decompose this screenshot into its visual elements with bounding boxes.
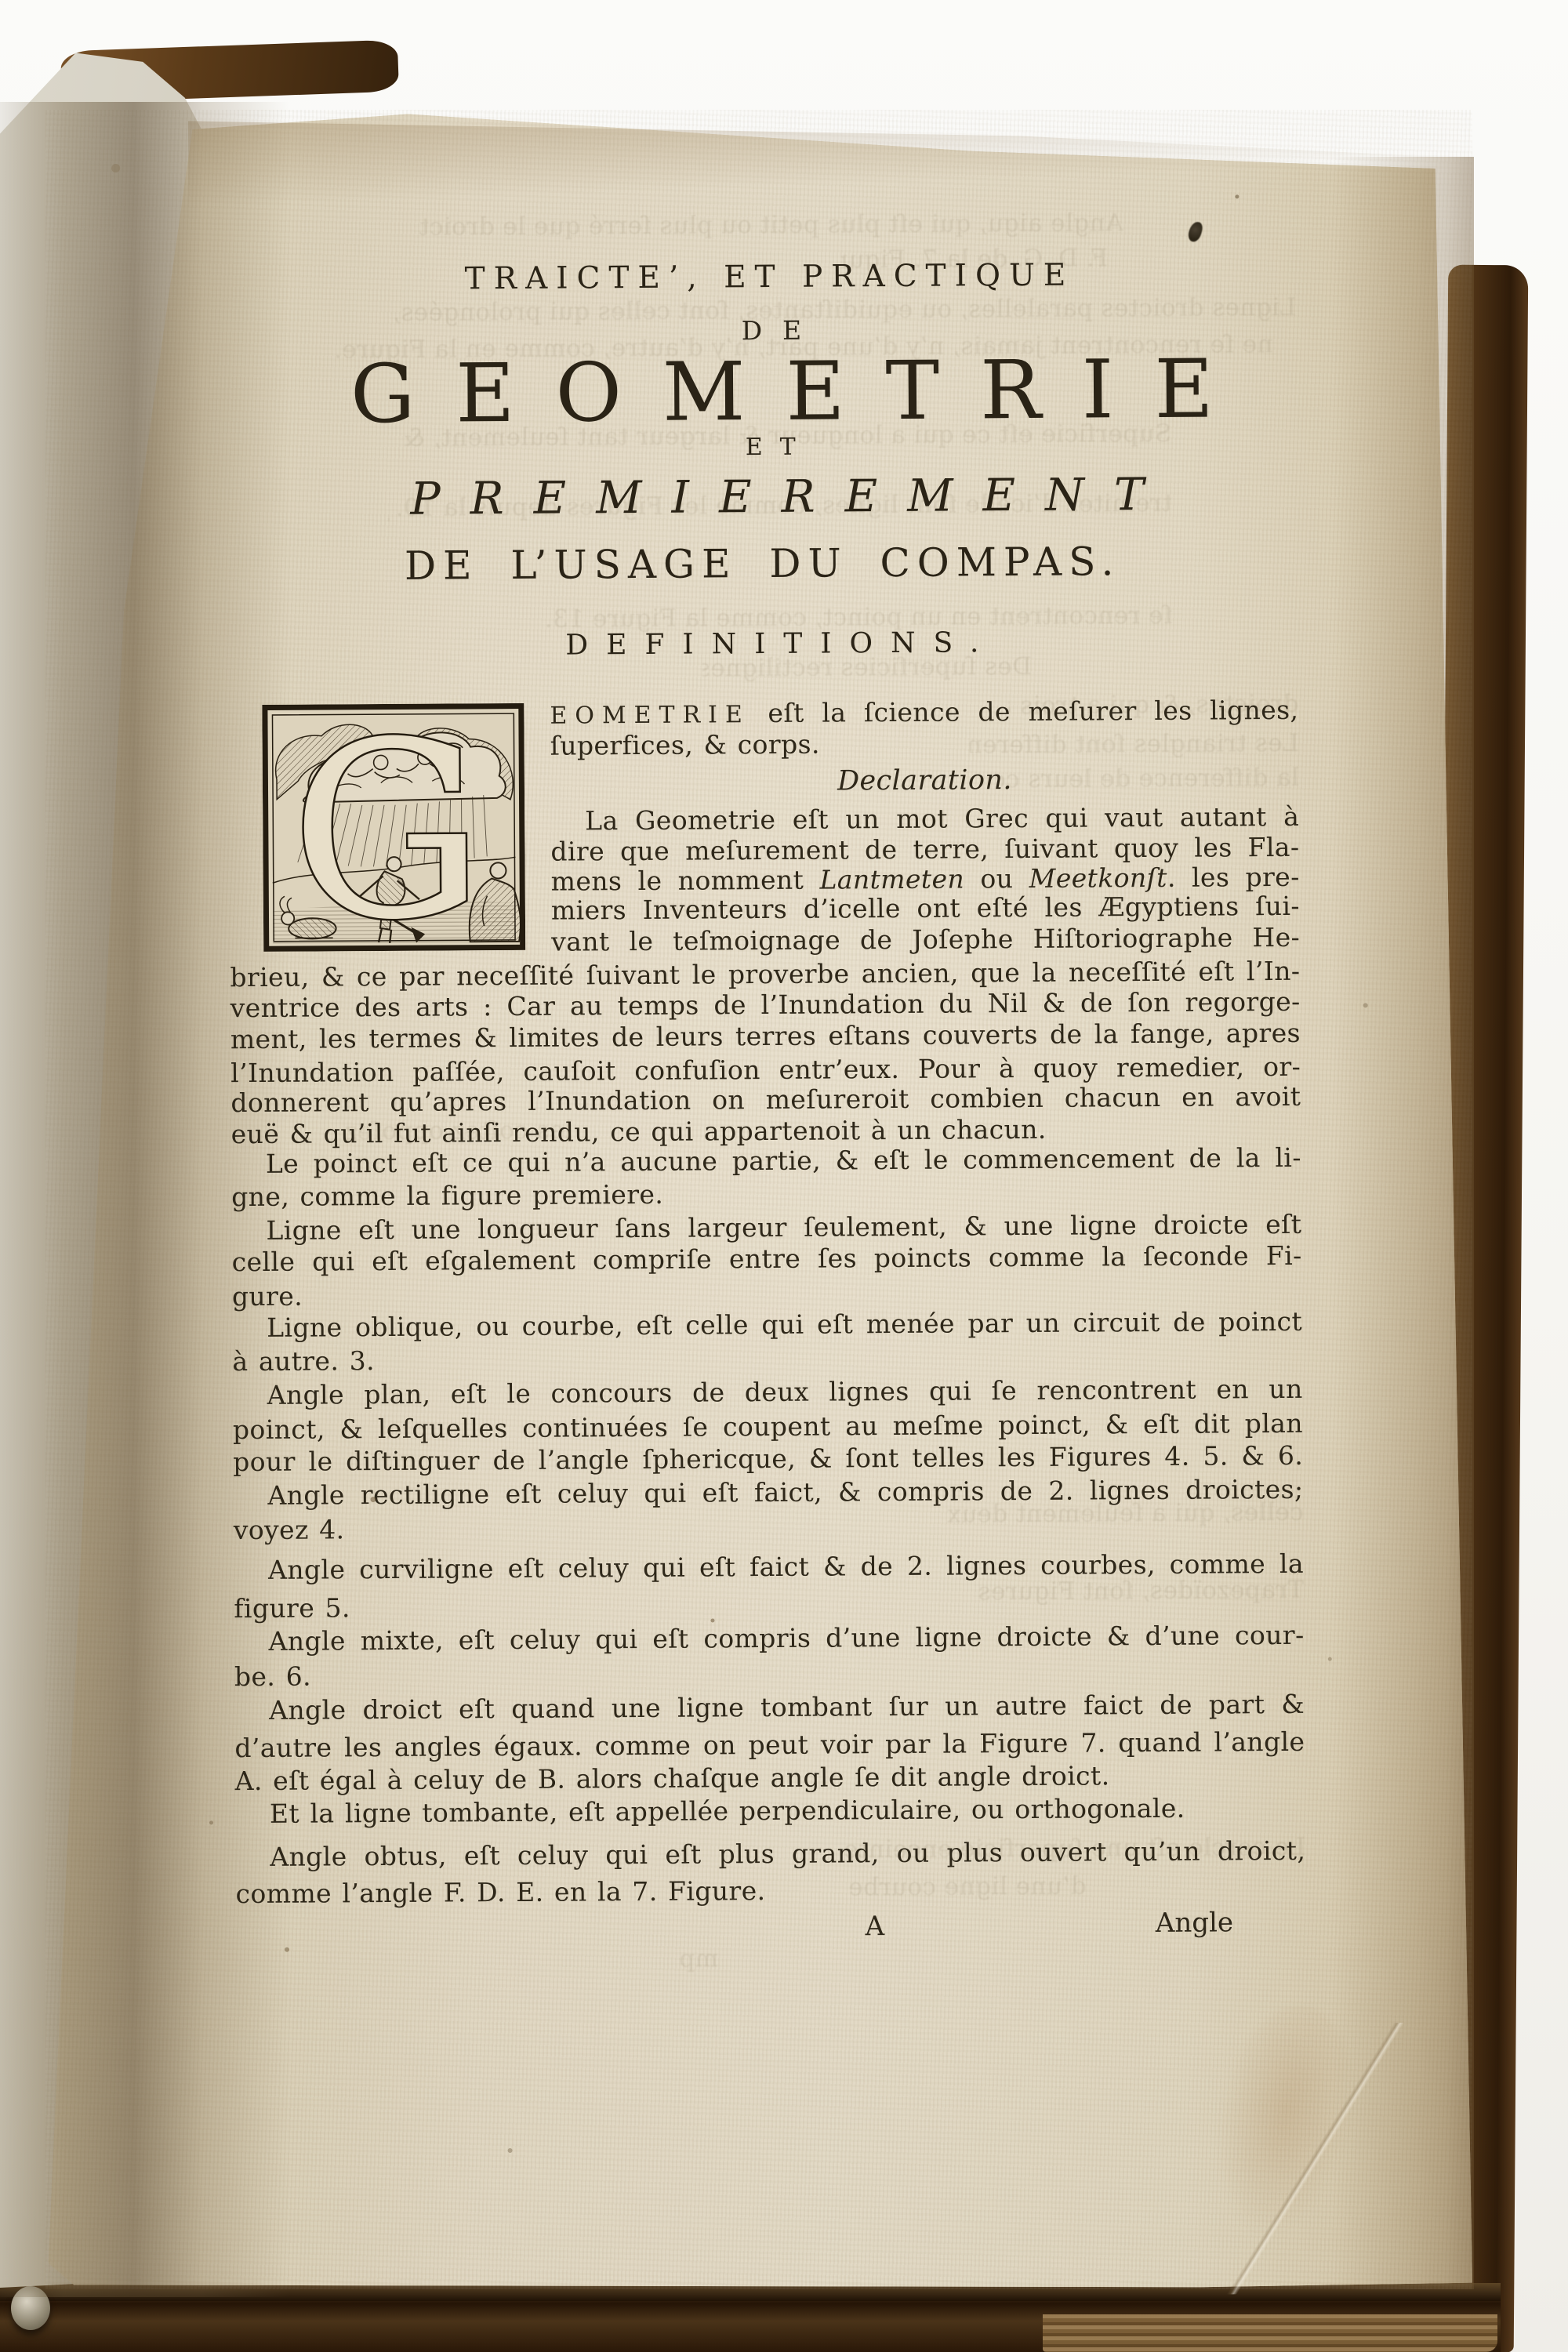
woodcut-initial-G: G <box>262 703 525 952</box>
bleedthrough-layer: Angle aigu, qui eſt plus petit ou plus ſ… <box>0 0 1561 5</box>
title-line-geometrie: GEOMETRIE <box>227 342 1338 443</box>
body-text: EOMETRIE eſt la ſcience de meſurer les l… <box>0 0 1561 5</box>
body-line: ſuperfices, & corps. <box>550 725 1299 764</box>
foxing-speck <box>508 2148 513 2153</box>
title-line-premierement: PREMIEREMENT <box>227 468 1327 527</box>
foxing-specks <box>0 0 1561 5</box>
foxing-speck <box>1363 1003 1368 1007</box>
title-line-4: ET <box>227 430 1314 464</box>
initial-letter-G: G <box>289 703 485 952</box>
paper-stain <box>1195 1993 1373 2250</box>
foxing-speck <box>1235 194 1239 198</box>
printed-page-content: Angle aigu, qui eſt plus petit ou plus ſ… <box>0 0 1568 2352</box>
body-line: vant le teſmoignage de Joſephe Hiſtoriog… <box>551 921 1300 960</box>
body-line: Angle mixte, eſt celuy qui eſt compris d… <box>234 1619 1304 1660</box>
foxing-speck <box>1328 1657 1332 1661</box>
foxing-speck <box>710 1618 714 1622</box>
title-line-1: TRAICTE’, ET PRACTIQUE <box>226 256 1305 298</box>
title-line-usage-compas: DE L’USAGE DU COMPAS. <box>227 538 1298 590</box>
body-line: Declaration. <box>550 762 1299 801</box>
body-line: Angle obtus, eſt celuy qui eſt plus gran… <box>235 1835 1305 1875</box>
body-line: Angle droict eſt quand une ligne tombant… <box>234 1688 1305 1729</box>
signature-mark: A <box>820 1911 930 1943</box>
bleedthrough-text: Angle aigu, qui eſt plus petit ou plus ſ… <box>417 209 1123 241</box>
catchword: Angle <box>1156 1907 1328 1939</box>
book-photograph: Angle aigu, qui eſt plus petit ou plus ſ… <box>0 0 1568 2352</box>
body-line: comme l’angle F. D. E. en la 7. Figure. <box>235 1871 1305 1912</box>
foxing-speck <box>209 1820 213 1824</box>
body-line: Angle curviligne eſt celuy qui eſt faict… <box>234 1548 1304 1588</box>
foxing-speck <box>111 164 120 172</box>
ink-mark <box>1187 220 1204 243</box>
body-line: voyez 4. <box>234 1508 1304 1548</box>
foxing-speck <box>370 1497 376 1502</box>
foxing-speck <box>1061 1257 1065 1261</box>
bleedthrough-text: mp <box>663 1944 718 1973</box>
section-heading-definitions: DEFINITIONS. <box>228 625 1316 663</box>
foxing-speck <box>285 1947 289 1952</box>
body-line: Et la ligne tombante, eſt appellée perpe… <box>235 1791 1305 1832</box>
